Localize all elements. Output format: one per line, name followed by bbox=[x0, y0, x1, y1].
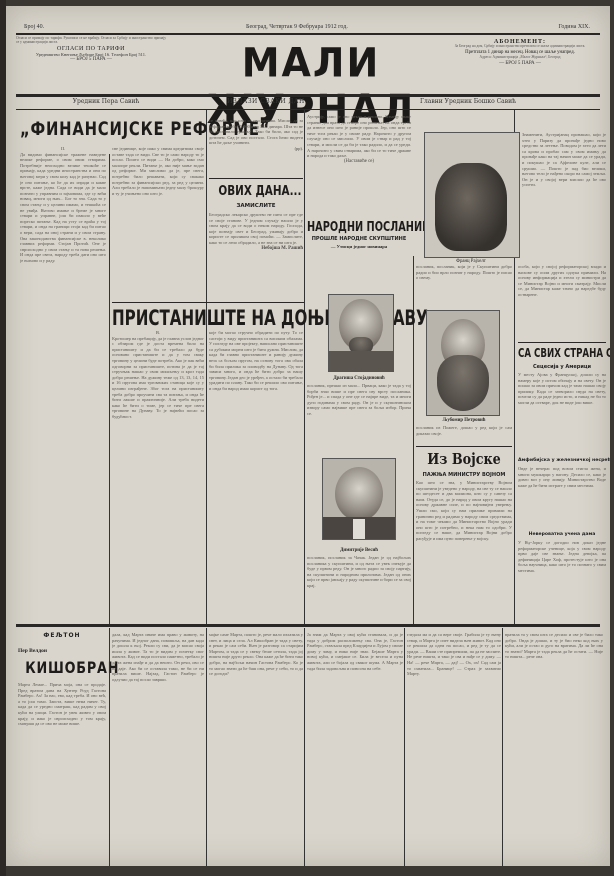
body-text: гледала ма и да са вере своје. Грабила ј… bbox=[407, 632, 501, 677]
body-text: Знаменити, Аустријанац пронашао, који је… bbox=[522, 132, 606, 188]
price: — БРОЈ 5 ПАРА — bbox=[440, 62, 600, 66]
column-rule bbox=[206, 628, 207, 866]
subheadline: ПАЖЊА МИНИСТРУ ВОЈНОМ bbox=[416, 472, 512, 478]
signature: (рр). bbox=[209, 146, 303, 152]
body-text: посланик, прешао из мало... Прваци, како… bbox=[307, 383, 411, 417]
editor-right: Главни Уредник Бошко Савић bbox=[336, 96, 600, 108]
portrait-caption: Драгиша Стојадиновић bbox=[307, 376, 411, 381]
body-text: Ја знам да Марта у овој кући становала, … bbox=[307, 632, 403, 671]
body-text: Аустрију, само је оно рекао и решено. Из… bbox=[307, 114, 411, 159]
fine-print: За Београд на дом, Србију и иностранство… bbox=[440, 44, 600, 48]
editor-left: Уредник Пера Савић bbox=[16, 96, 196, 108]
body-text: све јединице, које иако у свима кредитим… bbox=[112, 146, 204, 196]
column-rule bbox=[502, 628, 503, 866]
article-body: Аустрију, само је оно рекао и решено. Из… bbox=[307, 114, 411, 219]
body-text: посланик из Пожеге, дошао у ред који је … bbox=[416, 425, 512, 436]
portrait-caption: Љубомир Петровић bbox=[416, 418, 512, 423]
article-body: све јединице, које иако у свима кредитим… bbox=[112, 146, 204, 296]
feuilleton-body: дала, кад Марта иначе има право у животу… bbox=[112, 632, 204, 862]
figure-shape bbox=[435, 163, 507, 251]
volume: Година XIX. bbox=[558, 24, 590, 30]
feuilleton-body: вратила та у свом шта се десило и све је… bbox=[505, 632, 603, 862]
article-body: В. Кротошер на пребацију, да је главна у… bbox=[112, 330, 204, 624]
coat bbox=[329, 351, 393, 371]
body-text: У Њу-Јорку се догодио нов доказ једне ре… bbox=[518, 540, 606, 574]
headline-danube-port: ПРИСТАНИШТЕ НА ДОЊЕМ ДУНАВУ bbox=[112, 306, 299, 330]
article-body: које би могао стручно обрадити по путу. … bbox=[209, 330, 303, 624]
masthead-right-box: АБОНЕМЕНТ: За Београд на дом, Србију и и… bbox=[440, 40, 600, 66]
daily-notice: ИЗЛАЗИ СВАКИ ДАН bbox=[196, 96, 336, 108]
body-text: посланик, посланик за Чачак. Један је од… bbox=[307, 555, 411, 589]
column-rule bbox=[404, 628, 405, 866]
feuilleton-body: Марта Лемае... Прича моја, она се продај… bbox=[18, 682, 106, 862]
feuilleton-divider bbox=[16, 624, 600, 627]
headline-these-days: ОВИХ ДАНА... bbox=[218, 184, 293, 199]
masthead: Огласи се примају по тарифи. Рукописи се… bbox=[16, 36, 600, 94]
article-body: особа, који у својој реформаторској влад… bbox=[518, 264, 606, 340]
article-body: посланик, посланик за Чачак. Један је од… bbox=[307, 555, 411, 624]
article-body: II. Да видимо финансијске тражене наведе… bbox=[20, 146, 106, 624]
headline-financial-reforms: „ФИНАНСИЈСКЕ РЕФОРМЕ“ bbox=[20, 118, 164, 140]
headline-world: СА СВИХ СТРАНА СВЕТА bbox=[518, 346, 604, 360]
feuilleton-body: мајке саме Марта, пошто је, рече мало из… bbox=[209, 632, 303, 862]
body-text: Кротошер на пребацију, да је главна усло… bbox=[112, 336, 204, 420]
headline-deputies: НАРОДНИ ПОСЛАНИЦИ bbox=[307, 220, 411, 235]
article-body: У Њу-Јорку се догодио нов доказ једне ре… bbox=[518, 540, 606, 624]
article-body: се повећа, као што се ово решава. Мисли,… bbox=[209, 118, 303, 168]
world-item-title: Амфибијска у железничкој несрећи bbox=[518, 458, 606, 463]
publisher-address: Адреса: Администрација „Малог Журнала“, … bbox=[440, 55, 600, 59]
subheadline-note: — Утисци једног новинара bbox=[307, 244, 411, 249]
portrait-photo bbox=[426, 310, 500, 416]
article-body: Знаменити, Аустријанац пронашао, који је… bbox=[522, 132, 606, 256]
signature: Небојша М. Рашић bbox=[209, 246, 303, 252]
daily-label: ИЗЛАЗИ СВАКИ ДАН bbox=[227, 98, 304, 105]
article-body: посланик, прешао из мало... Прваци, како… bbox=[307, 383, 411, 451]
column-rule bbox=[109, 628, 110, 866]
feuilleton-author: Пер Велдон bbox=[18, 648, 47, 654]
subheadline: ЗАМИСЛИТЕ bbox=[209, 203, 303, 209]
article-body: Као што се зна, у Министарству Војном ск… bbox=[416, 480, 512, 624]
body-text: се повећа, као што се ово решава. Мисли,… bbox=[209, 118, 303, 146]
divider bbox=[209, 178, 303, 179]
portrait-caption: Димитрије Весић bbox=[307, 548, 411, 553]
body-text: Као што се зна, у Министарству Војном ск… bbox=[416, 480, 512, 542]
article-body: посланик, посланик, који је у Скупштини … bbox=[416, 264, 512, 286]
dateline-bar: Број 40. Београд, Четвртак 9 Фебруара 19… bbox=[16, 20, 600, 32]
subheadline: ПРОШЛЕ НАРОДНЕ СКУПШТИНЕ bbox=[307, 236, 411, 242]
headline-army: Из Војске bbox=[423, 450, 505, 468]
body-text: мајке саме Марта, пошто је, рече мало из… bbox=[209, 632, 303, 677]
body-text: Марта Лемае... Прича моја, она се продај… bbox=[18, 682, 106, 727]
price: — БРОЈ 5 ПАРА — bbox=[16, 58, 166, 62]
divider bbox=[416, 446, 512, 447]
beard bbox=[437, 355, 489, 411]
dateline: Београд, Четвртак 9 Фебруара 1912 год. bbox=[246, 24, 348, 30]
feuilleton-body: гледала ма и да са вере своје. Грабила ј… bbox=[407, 632, 501, 862]
world-item-title: Невероватна учена дама bbox=[518, 532, 606, 537]
article-body: посланик из Пожеге, дошао у ред који је … bbox=[416, 425, 512, 443]
portrait-photo bbox=[322, 458, 396, 540]
body-text: Да видимо финансијске тражене наведене в… bbox=[20, 152, 106, 264]
body-text: посланик, посланик, који је у Скупштини … bbox=[416, 264, 512, 281]
article-body: У месту Ајова у Француској, дошли су на … bbox=[518, 372, 606, 456]
masthead-left-box: Огласи се примају по тарифи. Рукописи се… bbox=[16, 36, 166, 62]
column-rule bbox=[109, 154, 110, 624]
body-text: које би могао стручно обрадити по путу. … bbox=[209, 330, 303, 392]
body-text: вратила та у свом шта се десило и све је… bbox=[505, 632, 603, 660]
face bbox=[335, 467, 383, 521]
fine-print: Огласи се примају по тарифи. Рукописи се… bbox=[16, 36, 166, 45]
divider bbox=[16, 109, 600, 110]
feuilleton-body: Ја знам да Марта у овој кући становала, … bbox=[307, 632, 403, 862]
body-text: дала, кад Марта иначе има право у животу… bbox=[112, 632, 204, 682]
continued-note: (Наставиће се) bbox=[307, 159, 411, 165]
article-body: Београдско лекарско друштво не пита се п… bbox=[209, 212, 303, 302]
headline-umbrella: КИШОБРАН bbox=[25, 658, 99, 677]
body-text: Овде је вечерас под возом стигла жена, и… bbox=[518, 466, 606, 488]
world-item-title: Сецесија у Америци bbox=[518, 364, 606, 370]
body-text: Београдско лекарско друштво не пита се п… bbox=[209, 212, 303, 246]
ad-rates-label: ОГЛАСИ ПО ТАРИФИ bbox=[16, 47, 166, 51]
newspaper-page: Број 40. Београд, Четвртак 9 Фебруара 19… bbox=[6, 6, 610, 866]
column-rule bbox=[206, 110, 207, 624]
column-rule bbox=[304, 628, 305, 866]
article-body: Овде је вечерас под возом стигла жена, и… bbox=[518, 466, 606, 530]
body-text: особа, који у својој реформаторској влад… bbox=[518, 264, 606, 298]
feuilleton-label: ФЕЉТОН bbox=[16, 632, 108, 639]
photo-illustration bbox=[424, 132, 520, 258]
divider bbox=[518, 342, 606, 343]
divider bbox=[112, 302, 304, 303]
divider bbox=[16, 33, 600, 35]
issue-number: Број 40. bbox=[24, 24, 44, 30]
collar bbox=[353, 519, 365, 539]
portrait-photo bbox=[328, 294, 394, 372]
column-rule bbox=[304, 110, 305, 624]
body-text: У месту Ајова у Француској, дошли су на … bbox=[518, 372, 606, 406]
